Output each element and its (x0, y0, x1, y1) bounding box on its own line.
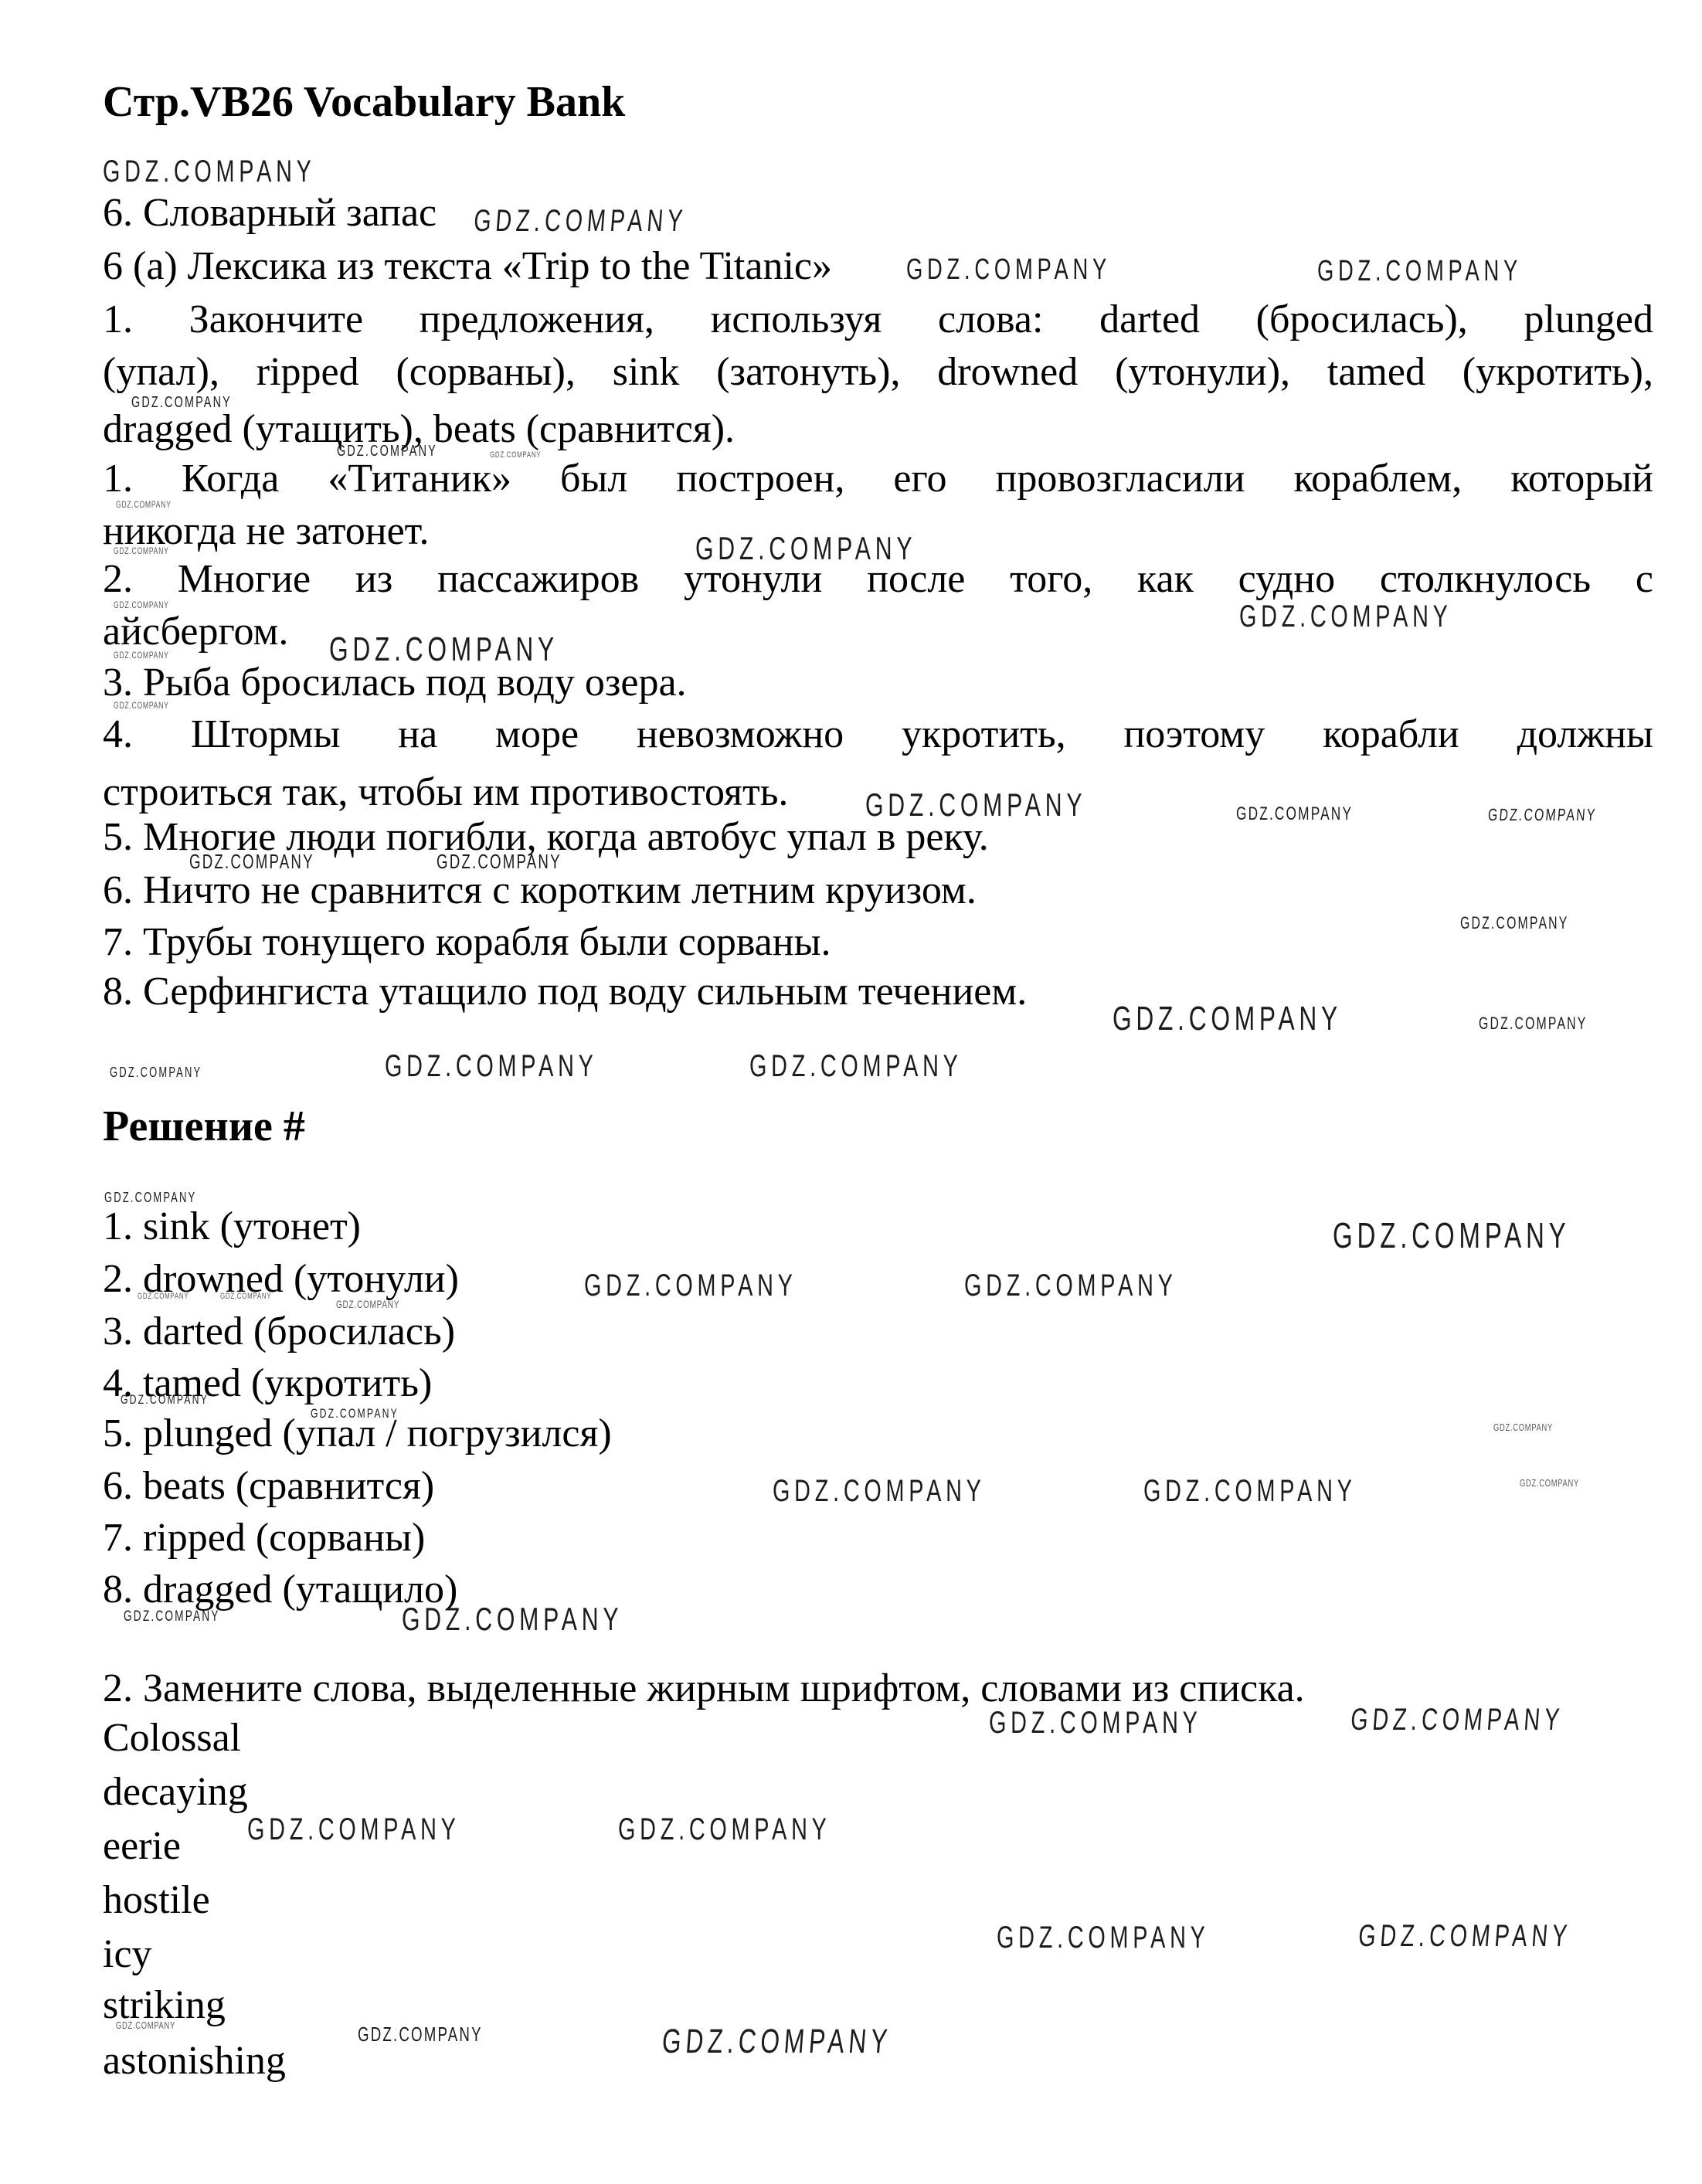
watermark-gdz-company: GDZ.COMPANY (1350, 1703, 1565, 1737)
watermark-gdz-company: GDZ.COMPANY (402, 1601, 623, 1638)
watermark-gdz-company: GDZ.COMPANY (490, 450, 541, 460)
watermark-gdz-company: GDZ.COMPANY (358, 2023, 483, 2046)
task1-sentence-line-0: 1. Когда «Титаник» был построен, его про… (103, 456, 1653, 501)
subsection-heading: 6 (a) Лексика из текста «Trip to the Tit… (103, 243, 832, 289)
task2-intro: 2. Замените слова, выделенные жирным шри… (103, 1666, 1305, 1711)
watermark-gdz-company: GDZ.COMPANY (1143, 1474, 1357, 1509)
task1-intro-line-0: 1. Закончите предложения, используя слов… (103, 297, 1653, 342)
watermark-gdz-company: GDZ.COMPANY (121, 1392, 209, 1408)
watermark-gdz-company: GDZ.COMPANY (189, 850, 314, 874)
task1-sentence-line-10: 8. Серфингиста утащило под воду сильным … (103, 969, 1027, 1014)
watermark-gdz-company: GDZ.COMPANY (1520, 1477, 1579, 1489)
watermark-gdz-company: GDZ.COMPANY (1487, 805, 1597, 825)
watermark-gdz-company: GDZ.COMPANY (131, 394, 232, 412)
watermark-gdz-company: GDZ.COMPANY (1113, 1000, 1342, 1038)
solution-item-6: 7. ripped (сорваны) (103, 1515, 425, 1561)
solution-heading: Решение # (103, 1102, 305, 1151)
watermark-gdz-company: GDZ.COMPANY (103, 155, 316, 189)
watermark-gdz-company: GDZ.COMPANY (110, 1065, 202, 1081)
task1-sentence-line-3: айсбергом. (103, 609, 288, 654)
watermark-gdz-company: GDZ.COMPANY (618, 1812, 831, 1847)
watermark-gdz-company: GDZ.COMPANY (964, 1269, 1177, 1303)
watermark-gdz-company: GDZ.COMPANY (114, 650, 169, 661)
watermark-gdz-company: GDZ.COMPANY (116, 2019, 175, 2031)
watermark-gdz-company: GDZ.COMPANY (114, 545, 169, 556)
watermark-gdz-company: GDZ.COMPANY (1479, 1014, 1588, 1034)
document-page: Стр.VB26 Vocabulary Bank 6. Словарный за… (0, 0, 1702, 2184)
task2-word-1: decaying (103, 1769, 248, 1815)
watermark-gdz-company: GDZ.COMPANY (1317, 255, 1522, 288)
watermark-gdz-company: GDZ.COMPANY (1236, 803, 1353, 825)
watermark-gdz-company: GDZ.COMPANY (584, 1269, 797, 1303)
watermark-gdz-company: GDZ.COMPANY (1460, 913, 1569, 933)
task2-word-3: hostile (103, 1877, 210, 1923)
watermark-gdz-company: GDZ.COMPANY (311, 1406, 399, 1421)
watermark-gdz-company: GDZ.COMPANY (749, 1049, 963, 1084)
task2-word-4: icy (103, 1931, 152, 1977)
watermark-gdz-company: GDZ.COMPANY (989, 1706, 1202, 1741)
watermark-gdz-company: GDZ.COMPANY (114, 700, 169, 711)
watermark-gdz-company: GDZ.COMPANY (1333, 1214, 1570, 1256)
watermark-gdz-company: GDZ.COMPANY (138, 1292, 189, 1301)
watermark-gdz-company: GDZ.COMPANY (437, 850, 562, 874)
task1-sentence-line-5: 4. Штормы на море невозможно укротить, п… (103, 712, 1653, 757)
solution-item-0: 1. sink (утонет) (103, 1204, 361, 1249)
watermark-gdz-company: GDZ.COMPANY (247, 1812, 460, 1847)
watermark-gdz-company: GDZ.COMPANY (773, 1474, 986, 1509)
task1-sentence-line-6: строиться так, чтобы им противостоять. (103, 769, 788, 815)
watermark-gdz-company: GDZ.COMPANY (329, 630, 559, 669)
watermark-gdz-company: GDZ.COMPANY (220, 1292, 271, 1301)
solution-item-2: 3. darted (бросилась) (103, 1309, 455, 1354)
watermark-gdz-company: GDZ.COMPANY (337, 443, 437, 460)
task2-word-0: Colossal (103, 1715, 241, 1761)
section-heading: 6. Словарный запас (103, 190, 437, 236)
watermark-gdz-company: GDZ.COMPANY (1357, 1919, 1573, 1954)
watermark-gdz-company: GDZ.COMPANY (104, 1190, 196, 1206)
task2-word-2: eerie (103, 1823, 181, 1869)
watermark-gdz-company: GDZ.COMPANY (385, 1049, 598, 1084)
watermark-gdz-company: GDZ.COMPANY (336, 1298, 399, 1310)
watermark-gdz-company: GDZ.COMPANY (1239, 599, 1452, 634)
page-title: Стр.VB26 Vocabulary Bank (103, 77, 625, 127)
watermark-gdz-company: GDZ.COMPANY (661, 2023, 893, 2061)
solution-item-5: 6. beats (сравнится) (103, 1463, 434, 1509)
watermark-gdz-company: GDZ.COMPANY (473, 204, 688, 239)
watermark-gdz-company: GDZ.COMPANY (997, 1921, 1210, 1955)
watermark-gdz-company: GDZ.COMPANY (695, 530, 916, 567)
task1-sentence-line-8: 6. Ничто не сравнится с коротким летним … (103, 868, 977, 913)
watermark-gdz-company: GDZ.COMPANY (114, 599, 169, 610)
watermark-gdz-company: GDZ.COMPANY (124, 1608, 220, 1625)
task1-sentence-line-9: 7. Трубы тонущего корабля были сорваны. (103, 919, 831, 965)
task1-intro-line-1: (упал), ripped (сорваны), sink (затонуть… (103, 349, 1653, 395)
task2-word-6: astonishing (103, 2038, 286, 2084)
watermark-gdz-company: GDZ.COMPANY (865, 786, 1086, 824)
watermark-gdz-company: GDZ.COMPANY (906, 253, 1111, 287)
watermark-gdz-company: GDZ.COMPANY (116, 499, 172, 510)
watermark-gdz-company: GDZ.COMPANY (1493, 1421, 1553, 1433)
